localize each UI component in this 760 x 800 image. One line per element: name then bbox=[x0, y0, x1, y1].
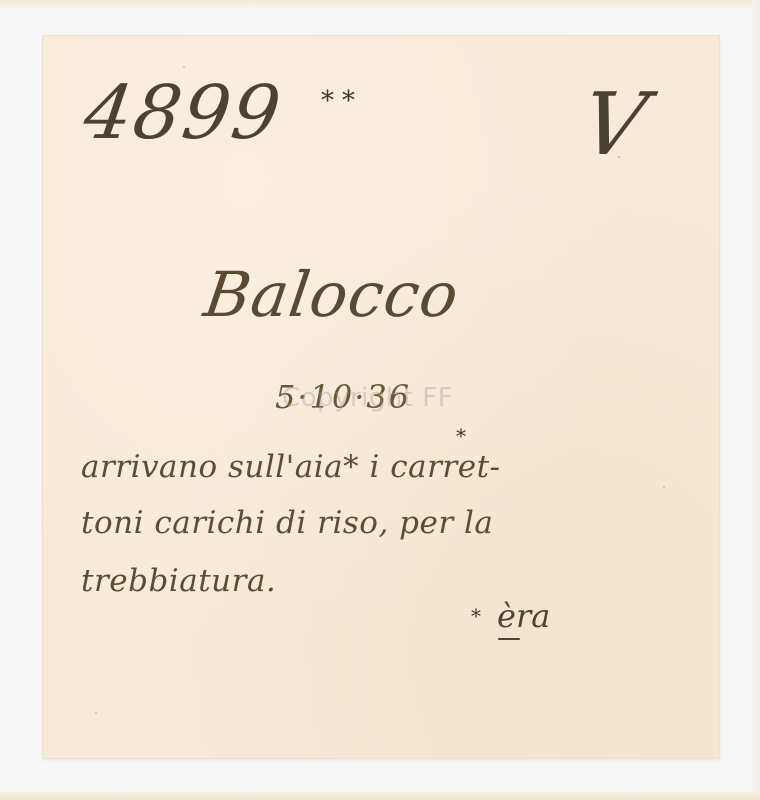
caption-line-3: trebbiatura. bbox=[81, 566, 276, 597]
catalog-number: 4899 bbox=[80, 76, 287, 150]
footnote-marker: * bbox=[471, 604, 481, 628]
paper-speck bbox=[663, 486, 665, 488]
inline-asterisk: * bbox=[456, 424, 466, 448]
grade-mark: V bbox=[575, 82, 652, 168]
footnote-underline bbox=[498, 638, 520, 640]
mount-right-edge bbox=[752, 0, 760, 800]
catalog-stars: ** bbox=[321, 88, 363, 114]
copyright-watermark: Copyright FF bbox=[282, 383, 453, 413]
caption-line-2: toni carichi di riso, per la bbox=[81, 508, 493, 539]
place-name: Balocco bbox=[201, 264, 463, 326]
mount-bottom-edge bbox=[0, 792, 760, 800]
paper-speck bbox=[95, 712, 97, 714]
mount-top-edge bbox=[0, 0, 760, 7]
caption-line-1: arrivano sull'aia* i carret- bbox=[81, 452, 501, 483]
paper-speck bbox=[183, 66, 185, 68]
footnote-text: èra bbox=[497, 600, 550, 632]
